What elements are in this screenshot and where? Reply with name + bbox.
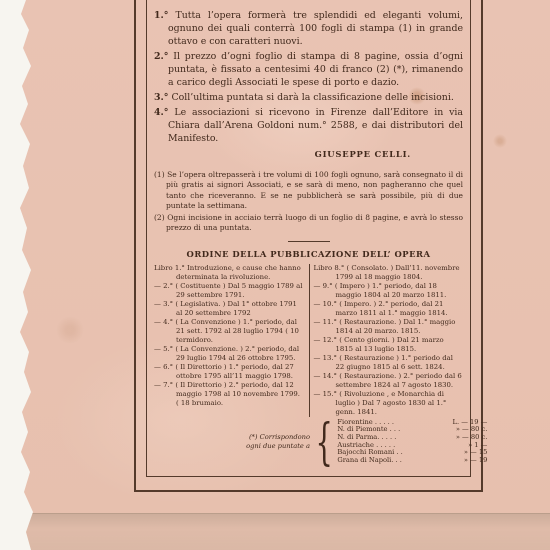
ordine-item-number: — 13.°: [314, 354, 338, 362]
ordine-item: — 14.° ( Restaurazione. ) 2.° periodo da…: [314, 372, 464, 390]
condition-item: 2.° Il prezzo d’ogni foglio di stampa di…: [154, 50, 463, 89]
price-note-line: (*) Corrispondono: [222, 433, 310, 442]
condition-item: 3.° Coll’ultima puntata si darà la class…: [154, 91, 463, 104]
ordine-item: Libro 8.° ( Consolato. ) Dall’11. novemb…: [314, 264, 464, 282]
ordine-item-number: Libro 8.°: [314, 264, 345, 272]
ordine-item-text: ( Restaurazione. ) 2.° periodo dal 6 set…: [336, 372, 462, 389]
ordine-item-number: — 2.°: [154, 282, 173, 290]
ordine-item: — 5.° ( La Convenzione. ) 2.° periodo, d…: [154, 345, 305, 363]
ordine-item-text: ( Cento giorni. ) Dal 21 marzo 1815 al 1…: [336, 336, 444, 353]
ordine-item-number: — 6.°: [154, 363, 173, 371]
ordine-item-text: ( Legislativa. ) Dal 1° ottobre 1791 al …: [175, 300, 297, 317]
condition-text: Coll’ultima puntata si darà la classific…: [171, 92, 453, 103]
ordine-item-number: — 11.°: [314, 318, 338, 326]
ordine-item-number: — 5.°: [154, 345, 173, 353]
scanned-document: 1.° Tutta l’opera formerà tre splendidi …: [0, 0, 550, 550]
ordine-item: — 13.° ( Restaurazione ) 1.° periodo dal…: [314, 354, 464, 372]
ordine-item-number: — 10.°: [314, 300, 338, 308]
footnotes-section: (1) Se l’opera oltrepasserà i tre volumi…: [154, 170, 463, 234]
ordine-left-column: Libro 1.° Introduzione, e cause che hann…: [154, 264, 309, 417]
ordine-item-number: Libro 1.°: [154, 264, 185, 272]
ordine-item-text: ( Restaurazione ) 1.° periodo dal 22 giu…: [336, 354, 454, 371]
condition-number: 1.°: [154, 10, 168, 21]
footnote-text: Se l’opera oltrepasserà i tre volumi di …: [166, 170, 463, 210]
ordine-item: — 9.° ( Impero ) 1.° periodo, dal 18 mag…: [314, 282, 464, 300]
ordine-item: — 3.° ( Legislativa. ) Dal 1° ottobre 17…: [154, 300, 305, 318]
ordine-item-text: ( La Convenzione. ) 2.° periodo, dal 29 …: [175, 345, 299, 362]
condition-text: Le associazioni si ricevono in Firenze d…: [168, 107, 463, 144]
ordine-item-text: ( Consolato. ) Dall’11. novembre 1799 al…: [336, 264, 460, 281]
ordine-item-text: Introduzione, e cause che hanno determin…: [176, 264, 301, 281]
condition-number: 2.°: [154, 51, 168, 62]
paper-bottom-shadow: [0, 513, 550, 550]
ordine-item: — 4.° ( La Convenzione ) 1.° periodo, da…: [154, 318, 305, 345]
ordine-item-number: — 3.°: [154, 300, 173, 308]
paper-sheet: 1.° Tutta l’opera formerà tre splendidi …: [0, 0, 550, 550]
condition-text: Tutta l’opera formerà tre splendidi ed e…: [168, 10, 463, 47]
ordine-item-number: — 7.°: [154, 381, 173, 389]
condition-number: 4.°: [154, 107, 168, 118]
ordine-item-number: — 15.°: [314, 390, 338, 398]
ordine-item-text: ( Rivoluzione , e Monarchia di luglio ) …: [336, 390, 447, 416]
ordine-right-column: Libro 8.° ( Consolato. ) Dall’11. novemb…: [309, 264, 464, 417]
ordine-item-text: ( Il Direttorio ) 2.° periodo, dal 12 ma…: [175, 381, 300, 407]
condition-text: Il prezzo d’ogni foglio di stampa di 8 p…: [168, 51, 463, 88]
price-value: » — 19: [464, 457, 488, 465]
ordine-item-text: ( Costituente ) Dal 5 maggio 1789 al 29 …: [175, 282, 302, 299]
ordine-item: — 2.° ( Costituente ) Dal 5 maggio 1789 …: [154, 282, 305, 300]
document-content: 1.° Tutta l’opera formerà tre splendidi …: [154, 9, 463, 464]
footnote-text: Ogni incisione in acciaio terrà luogo di…: [166, 213, 463, 232]
footnote-number: (2): [154, 213, 165, 222]
ordine-item-text: ( Restaurazione. ) Dal 1.° maggio 1814 a…: [336, 318, 456, 335]
publisher-signature: GIUSEPPE CELLI.: [154, 148, 463, 161]
ordine-item: — 10.° ( Impero. ) 2.° periodo, dal 21 m…: [314, 300, 464, 318]
ordine-item-number: — 9.°: [314, 282, 333, 290]
ordine-item-text: ( Impero ) 1.° periodo, dal 18 maggio 18…: [335, 282, 447, 299]
condition-number: 3.°: [154, 92, 168, 103]
ordine-title: ORDINE DELLA PUBBLICAZIONE DELL’ OPERA: [154, 248, 463, 261]
ordine-item: — 12.° ( Cento giorni. ) Dal 21 marzo 18…: [314, 336, 464, 354]
footnote-number: (1): [154, 170, 165, 179]
ordine-item-number: — 14.°: [314, 372, 338, 380]
ordine-item-text: ( La Convenzione ) 1.° periodo, dal 21 s…: [175, 318, 299, 344]
price-note-line: ogni due puntate a: [222, 442, 310, 451]
footnote-item: (2) Ogni incisione in acciaio terrà luog…: [154, 213, 463, 234]
condition-item: 4.° Le associazioni si ricevono in Firen…: [154, 106, 463, 145]
ordine-item-text: ( Il Direttorio ) 1.° periodo, dal 27 ot…: [175, 363, 293, 380]
price-note: (*) Corrispondono ogni due puntate a: [222, 433, 310, 450]
ordine-item-number: — 12.°: [314, 336, 338, 344]
section-divider-rule: [288, 241, 330, 242]
ordine-item: — 6.° ( Il Direttorio ) 1.° periodo, dal…: [154, 363, 305, 381]
price-list: Fiorentine . . . . .L. — 19 — N. di Piem…: [337, 419, 487, 465]
footnote-item: (1) Se l’opera oltrepasserà i tre volumi…: [154, 170, 463, 211]
ordine-columns: Libro 1.° Introduzione, e cause che hann…: [154, 264, 463, 417]
price-label: Grana di Napoli. . .: [337, 457, 402, 465]
border-frame-outer: 1.° Tutta l’opera formerà tre splendidi …: [134, 0, 483, 492]
border-frame-inner: 1.° Tutta l’opera formerà tre splendidi …: [146, 0, 471, 477]
price-row: Grana di Napoli. . .» — 19: [337, 457, 487, 465]
curly-brace-glyph: {: [316, 418, 333, 465]
ordine-item: — 15.° ( Rivoluzione , e Monarchia di lu…: [314, 390, 464, 417]
ordine-item: Libro 1.° Introduzione, e cause che hann…: [154, 264, 305, 282]
ordine-item: — 7.° ( Il Direttorio ) 2.° periodo, dal…: [154, 381, 305, 408]
condition-item: 1.° Tutta l’opera formerà tre splendidi …: [154, 9, 463, 48]
ordine-item-number: — 4.°: [154, 318, 173, 326]
ordine-item-text: ( Impero. ) 2.° periodo, dal 21 marzo 18…: [336, 300, 448, 317]
ordine-item: — 11.° ( Restaurazione. ) Dal 1.° maggio…: [314, 318, 464, 336]
price-equivalence-block: (*) Corrispondono ogni due puntate a { F…: [222, 419, 507, 465]
